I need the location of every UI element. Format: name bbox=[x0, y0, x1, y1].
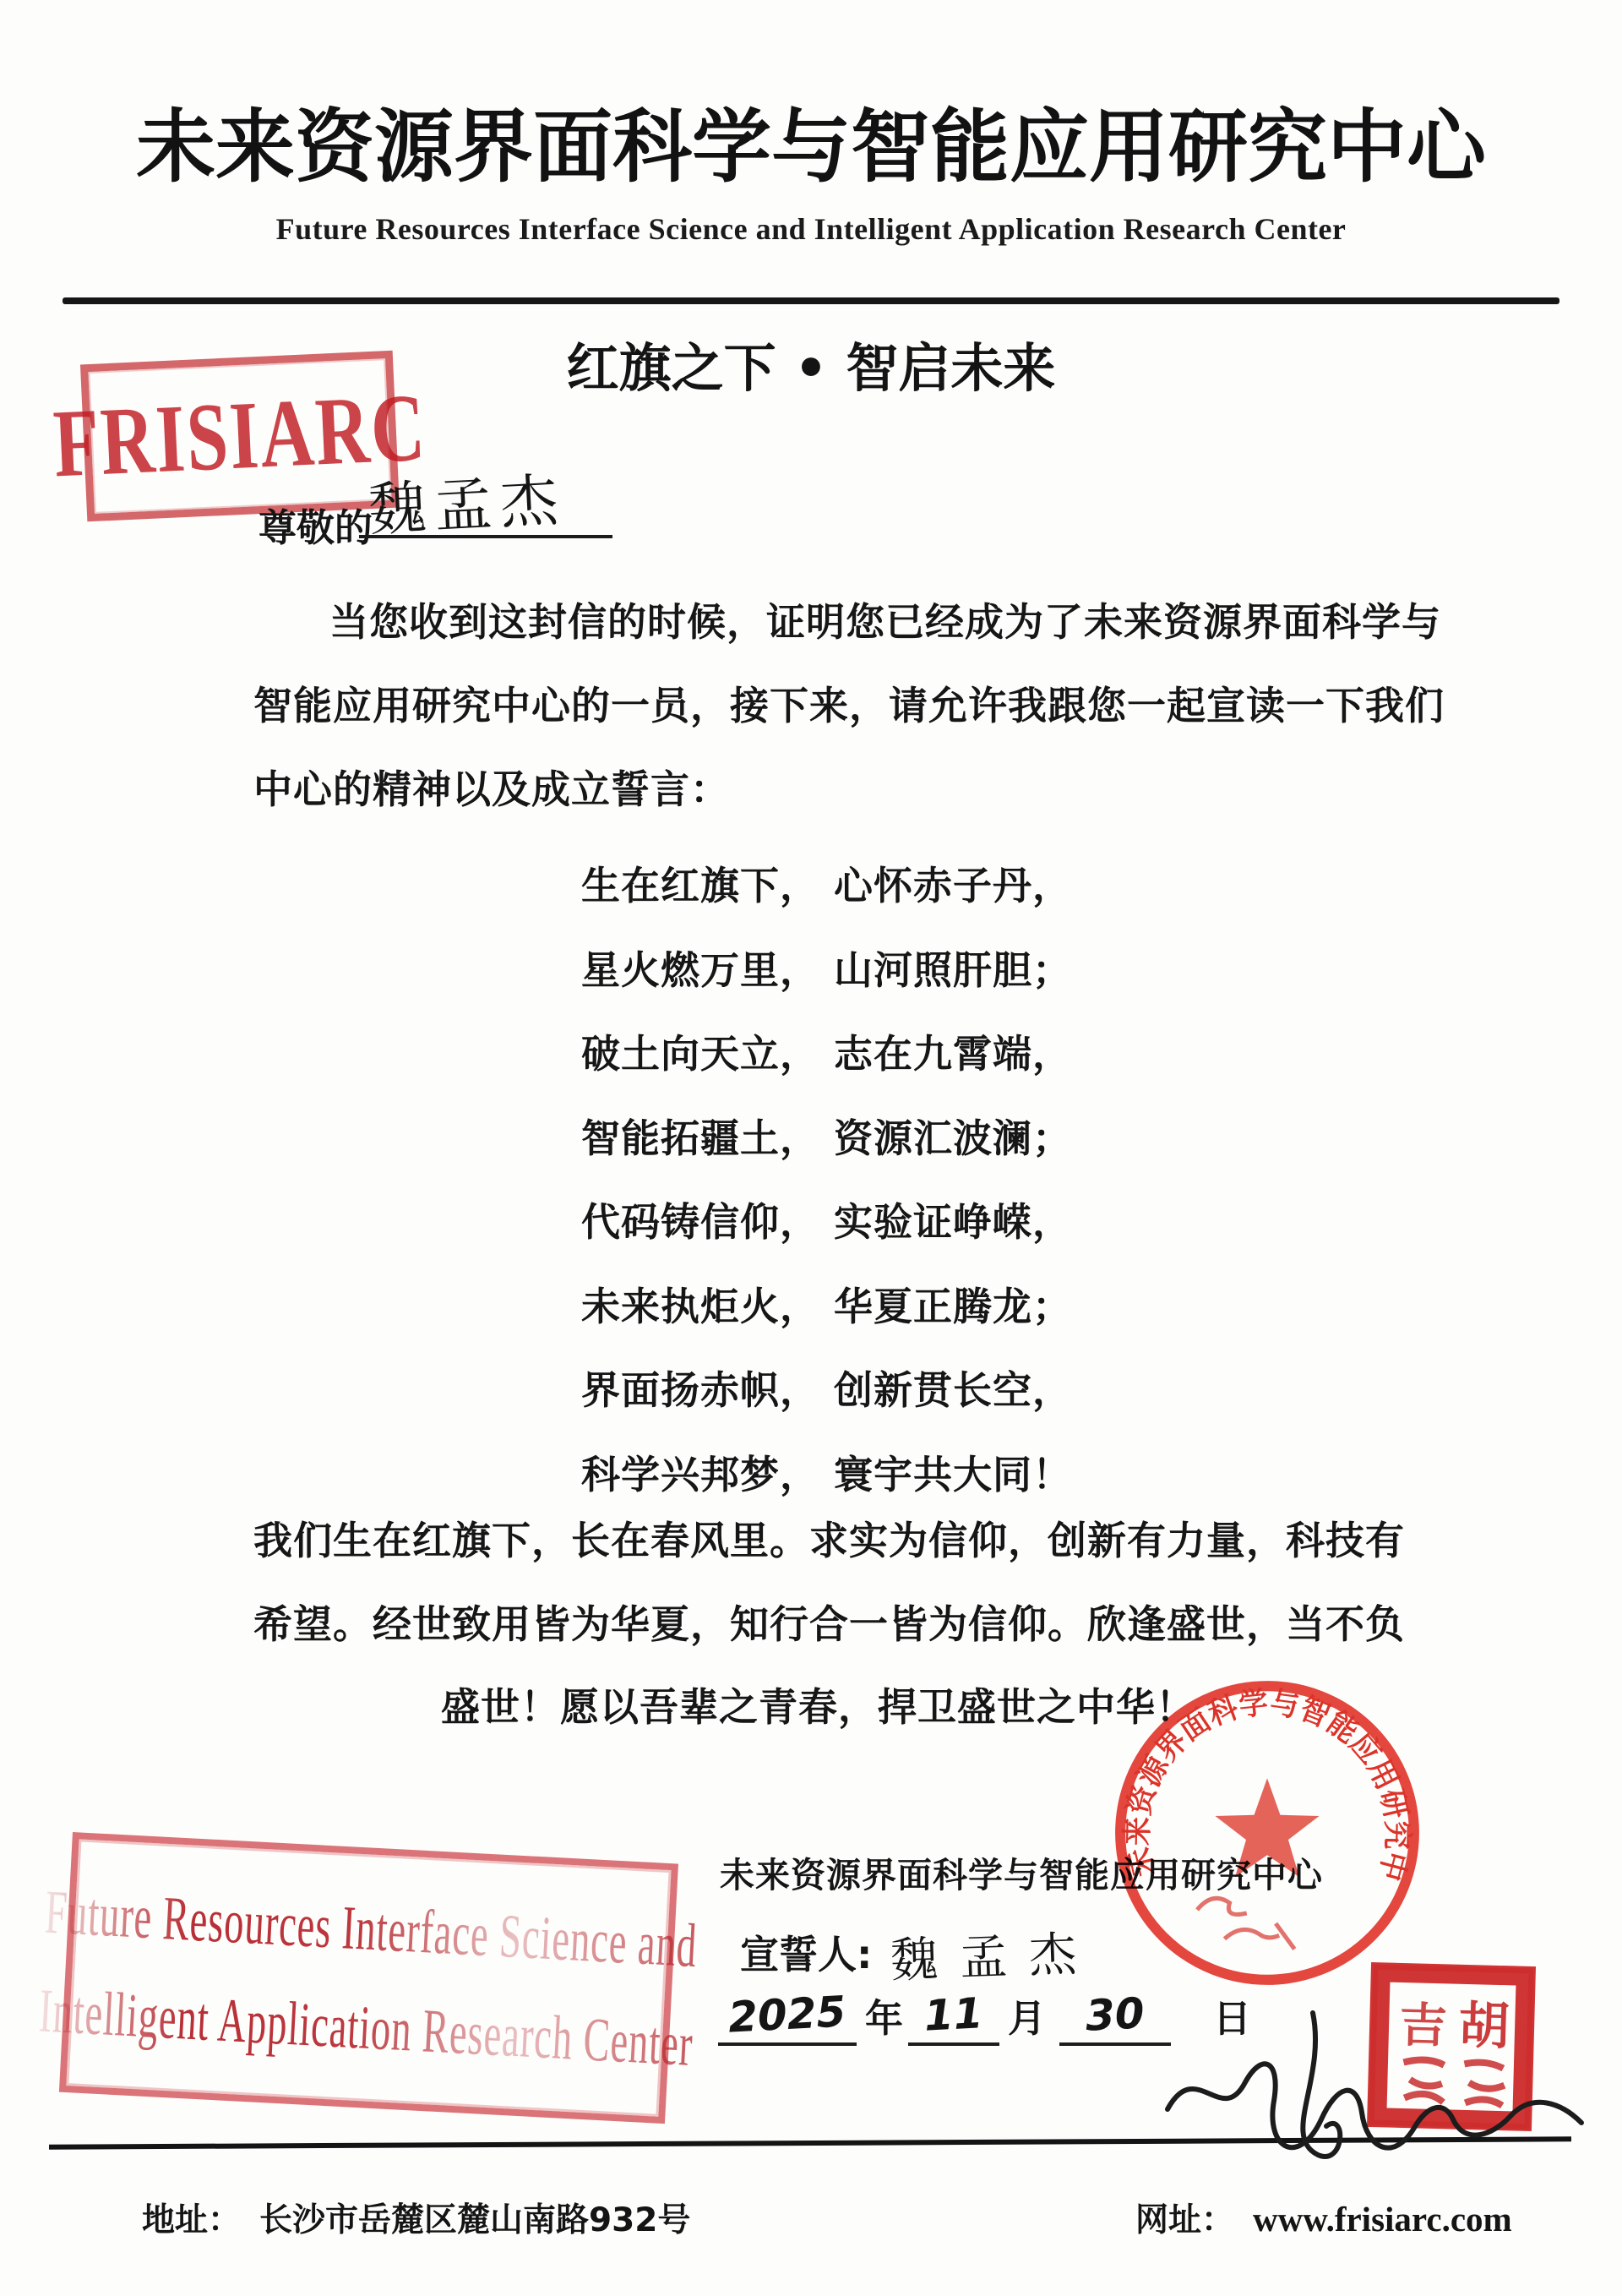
closing-line: 希望。经世致用皆为华夏，知行合一皆为信仰。欣逢盛世，当不负 bbox=[253, 1594, 1405, 1650]
closing-line: 盛世！愿以吾辈之青春，捍卫盛世之中华！ bbox=[441, 1677, 1195, 1732]
swearer-row: 宣誓人:魏孟杰 bbox=[740, 1920, 1098, 1988]
paragraph-line: 当您收到这封信的时候，证明您已经成为了未来资源界面科学与 bbox=[329, 592, 1441, 647]
round-official-seal: 未来资源界面科学与智能应用研究中心 bbox=[1108, 1674, 1426, 1992]
org-title-en: Future Resources Interface Science and I… bbox=[0, 211, 1622, 247]
pledge-line: 科学兴邦梦， 寰宇共大同！ bbox=[581, 1444, 1072, 1500]
footer-address: 地址：长沙市岳麓区麓山南路932号 bbox=[142, 2194, 690, 2241]
pledge-line: 星火燃万里， 山河照肝胆； bbox=[581, 940, 1072, 995]
pledge-line: 未来执炬火， 华夏正腾龙； bbox=[581, 1276, 1072, 1332]
date-day-handwritten: 30 bbox=[1085, 1988, 1146, 2041]
paragraph-line: 中心的精神以及成立誓言： bbox=[253, 759, 730, 815]
date-year-handwritten: 2025 bbox=[727, 1987, 847, 2042]
swearer-name-handwritten: 魏孟杰 bbox=[890, 1917, 1100, 1992]
paragraph-line: 智能应用研究中心的一员，接下来，请允许我跟您一起宣读一下我们 bbox=[253, 675, 1445, 731]
date-year-unit: 年 bbox=[865, 1988, 903, 2042]
address-value: 长沙市岳麓区麓山南路932号 bbox=[259, 2201, 690, 2239]
recipient-name-underline bbox=[359, 535, 612, 538]
frisiarc-stamp: FRISIARC bbox=[80, 351, 400, 522]
pledge-line: 破土向天立， 志在九霄端， bbox=[581, 1023, 1072, 1079]
pledge-line: 生在红旗下， 心怀赤子丹， bbox=[581, 855, 1072, 911]
address-label: 地址： bbox=[142, 2201, 241, 2239]
swearer-label: 宣誓人: bbox=[740, 1932, 872, 1977]
english-rect-stamp: Future Resources Interface Science and I… bbox=[59, 1832, 678, 2124]
date-month-unit: 月 bbox=[1008, 1988, 1046, 2042]
pledge-line: 智能拓疆土， 资源汇波澜； bbox=[581, 1108, 1072, 1164]
org-title-cn: 未来资源界面科学与智能应用研究中心 bbox=[0, 83, 1622, 197]
header-divider bbox=[63, 297, 1559, 304]
english-stamp-line2: Intelligent Application Research Center bbox=[37, 1974, 695, 2081]
recipient-name-handwritten: 魏孟杰 bbox=[367, 455, 569, 547]
seal-star-icon bbox=[1215, 1778, 1319, 1877]
signature-scrawl bbox=[1156, 2001, 1603, 2212]
salutation-prefix: 尊敬的 bbox=[259, 497, 373, 552]
date-month-handwritten: 11 bbox=[923, 1988, 985, 2041]
letter-page: 未来资源界面科学与智能应用研究中心 Future Resources Inter… bbox=[0, 0, 1622, 2296]
pledge-line: 代码铸信仰， 实验证峥嵘， bbox=[581, 1192, 1072, 1247]
seal-inner-scribble bbox=[1197, 1898, 1294, 1949]
closing-line: 我们生在红旗下，长在春风里。求实为信仰，创新有力量，科技有 bbox=[253, 1510, 1405, 1566]
english-stamp-line1: Future Resources Interface Science and bbox=[43, 1876, 699, 1982]
pledge-line: 界面扬赤帜， 创新贯长空， bbox=[581, 1360, 1072, 1415]
